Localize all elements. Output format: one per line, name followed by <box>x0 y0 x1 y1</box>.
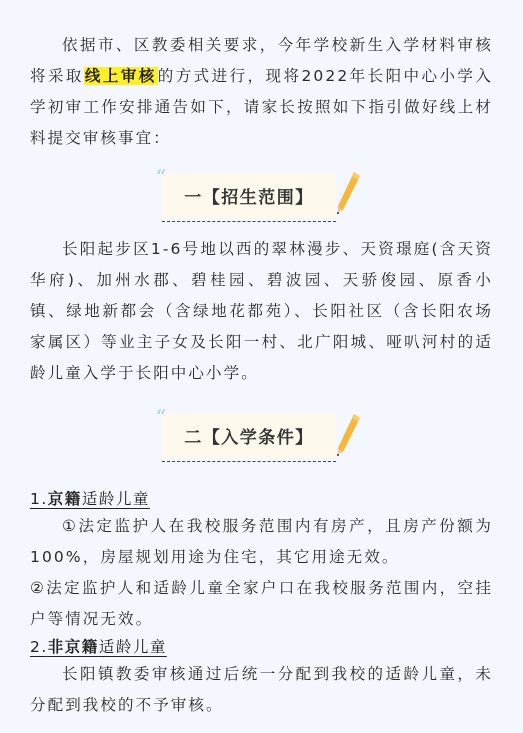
condition-1-paragraph: ①法定监护人在我校服务范围内有房产，且房产份额为100%，房屋规划用途为住宅，其… <box>30 511 493 573</box>
enrollment-scope-paragraph: 长阳起步区1-6号地以西的翠林漫步、天资璟庭(含天资华府)、加州水郡、碧桂园、碧… <box>30 234 493 389</box>
dashed-divider <box>162 461 336 462</box>
item-rest: 适龄儿童 <box>99 638 167 656</box>
section-title: 二【入学条件】 <box>162 423 336 448</box>
intro-paragraph: 依据市、区教委相关要求，今年学校新生入学材料审核将采取线上审核的方式进行，现将2… <box>30 30 493 154</box>
item-bold: 非京籍 <box>48 638 99 656</box>
article-page: 依据市、区教委相关要求，今年学校新生入学材料审核将采取线上审核的方式进行，现将2… <box>0 0 523 733</box>
pencil-icon <box>334 412 362 458</box>
condition-2-paragraph: ②法定监护人和适龄儿童全家户口在我校服务范围内，空挂户等情况无效。 <box>30 573 493 635</box>
item-bold: 京籍 <box>48 490 82 508</box>
item-rest: 适龄儿童 <box>82 490 150 508</box>
item-number: 2. <box>30 638 48 656</box>
highlighted-online-review: 线上审核 <box>84 67 158 85</box>
item-number: 1. <box>30 490 48 508</box>
subheading-non-beijing-hukou: 2.非京籍适龄儿童 <box>30 635 167 657</box>
subheading-beijing-hukou: 1.京籍适龄儿童 <box>30 487 150 509</box>
non-beijing-paragraph: 长阳镇教委审核通过后统一分配到我校的适龄儿童，未分配到我校的不予审核。 <box>30 659 493 721</box>
section-heading-enrollment-scope: “ 一【招生范围】 <box>162 174 336 218</box>
dashed-divider <box>162 221 336 222</box>
pencil-icon <box>334 170 362 216</box>
section-heading-admission-conditions: “ 二【入学条件】 <box>162 414 336 458</box>
section-title: 一【招生范围】 <box>162 183 336 208</box>
